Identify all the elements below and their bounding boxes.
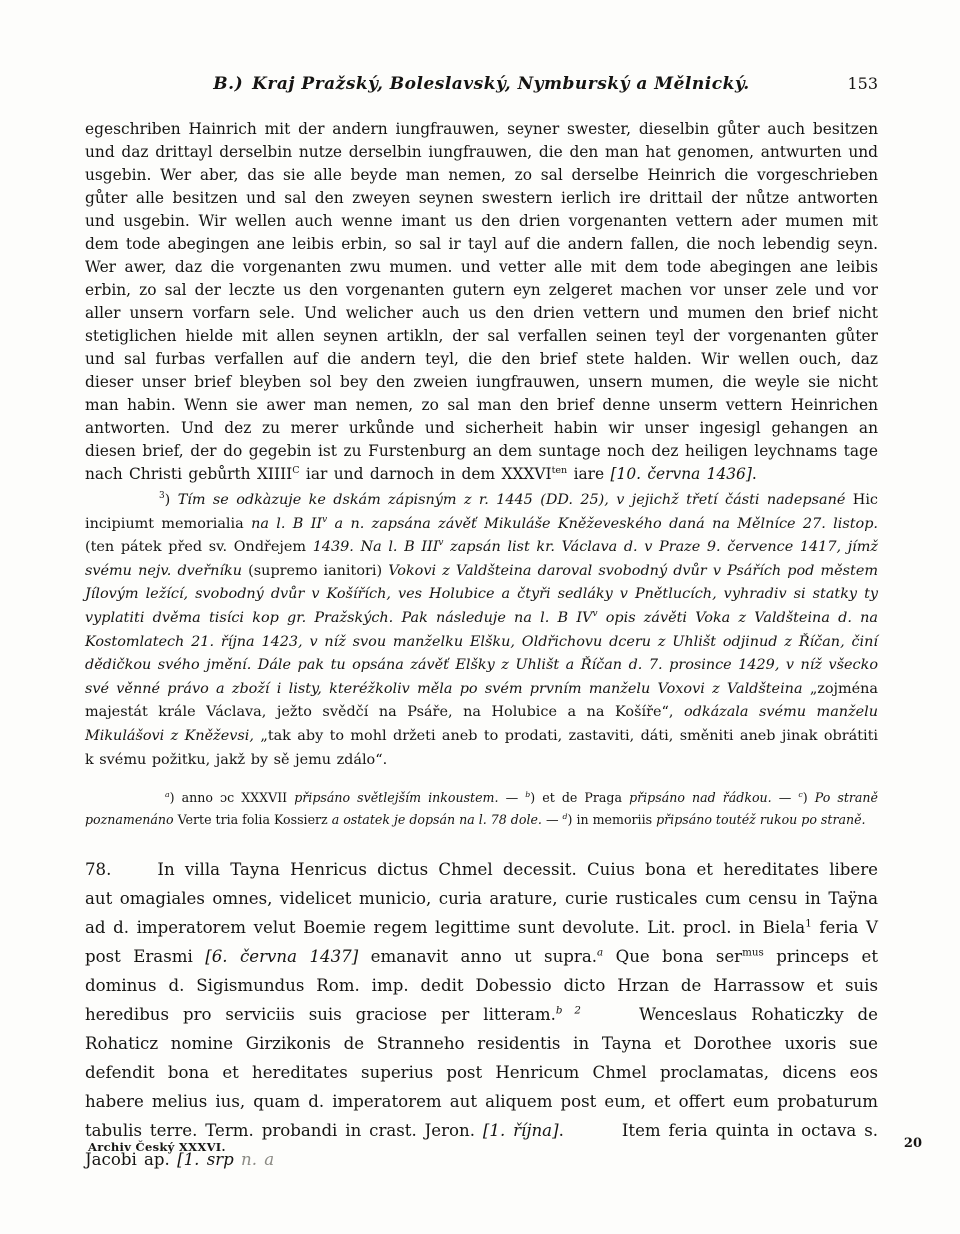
page-header: B.) Kraj Pražský, Boleslavský, Nymburský… [85, 74, 878, 100]
scanned-book-page: B.) Kraj Pražský, Boleslavský, Nymburský… [0, 0, 960, 1234]
charter-text-german: egeschriben Hainrich mit der andern iung… [85, 118, 878, 486]
footnote-3: 3) Tím se odkàzuje ke dskám zápisným z r… [85, 489, 878, 772]
critical-apparatus-notes: a) anno ɔc XXXVII připsáno světlejším in… [85, 787, 878, 830]
volume-signature: Archiv Český XXXVI. [88, 1140, 226, 1154]
running-title: B.) Kraj Pražský, Boleslavský, Nymburský… [85, 74, 878, 94]
sheet-number: 20 [904, 1136, 922, 1151]
entry-78-latin: 78.In villa Tayna Henricus dictus Chmel … [85, 855, 878, 1174]
page-number: 153 [847, 74, 878, 93]
